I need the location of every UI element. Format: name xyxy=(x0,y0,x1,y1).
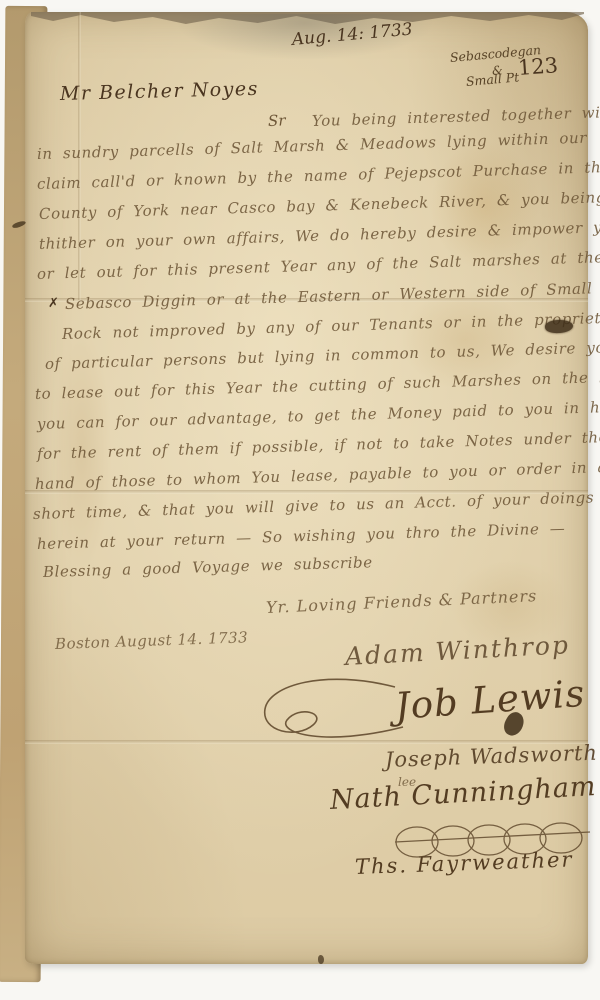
signature-flourish-lewis xyxy=(255,675,405,750)
margin-mark: ✗ xyxy=(48,296,59,311)
salutation: Sr xyxy=(268,111,286,130)
ink-speck xyxy=(318,955,324,964)
page-number: 123 xyxy=(517,53,559,80)
